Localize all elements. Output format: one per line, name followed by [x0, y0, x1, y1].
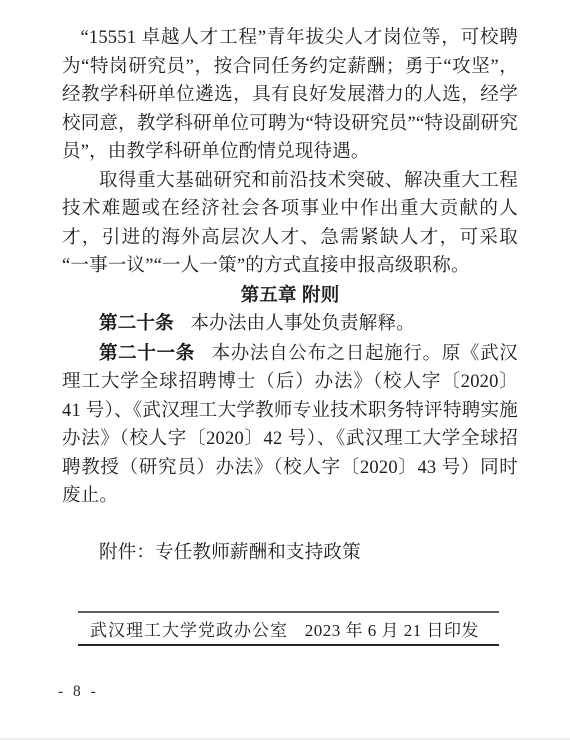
document-page: “15551 卓越人才工程”青年拔尖人才岗位等，可校聘为“特岗研究员”，按合同任… [0, 0, 570, 740]
page-number: - 8 - [58, 683, 99, 701]
article-21: 第二十一条本办法自公布之日起施行。原《武汉理工大学全球招聘博士（后）办法》（校人… [62, 339, 518, 511]
imprint-footer: 武汉理工大学党政办公室 2023 年 6 月 21 日印发 [78, 611, 499, 646]
paragraph-talent-program: “15551 卓越人才工程”青年拔尖人才岗位等，可校聘为“特岗研究员”，按合同任… [62, 24, 518, 167]
chapter-heading: 第五章 附则 [62, 281, 518, 310]
paragraph-major-contribution: 取得重大基础研究和前沿技术突破、解决重大工程技术难题或在经济社会各项事业中作出重… [62, 167, 518, 281]
article-21-label: 第二十一条 [99, 342, 195, 363]
article-20-text: 本办法由人事处负责解释。 [190, 314, 414, 334]
footer-issuer: 武汉理工大学党政办公室 [78, 616, 288, 641]
article-20-label: 第二十条 [99, 312, 174, 333]
document-body: “15551 卓越人才工程”青年拔尖人才岗位等，可校聘为“特岗研究员”，按合同任… [62, 24, 518, 568]
footer-print-date: 2023 年 6 月 21 日印发 [305, 616, 499, 641]
article-20: 第二十条本办法由人事处负责解释。 [62, 309, 518, 339]
article-21-text: 本办法自公布之日起施行。原《武汉理工大学全球招聘博士（后）办法》（校人字〔202… [62, 344, 518, 507]
attachment-line: 附件：专任教师薪酬和支持政策 [62, 539, 518, 568]
